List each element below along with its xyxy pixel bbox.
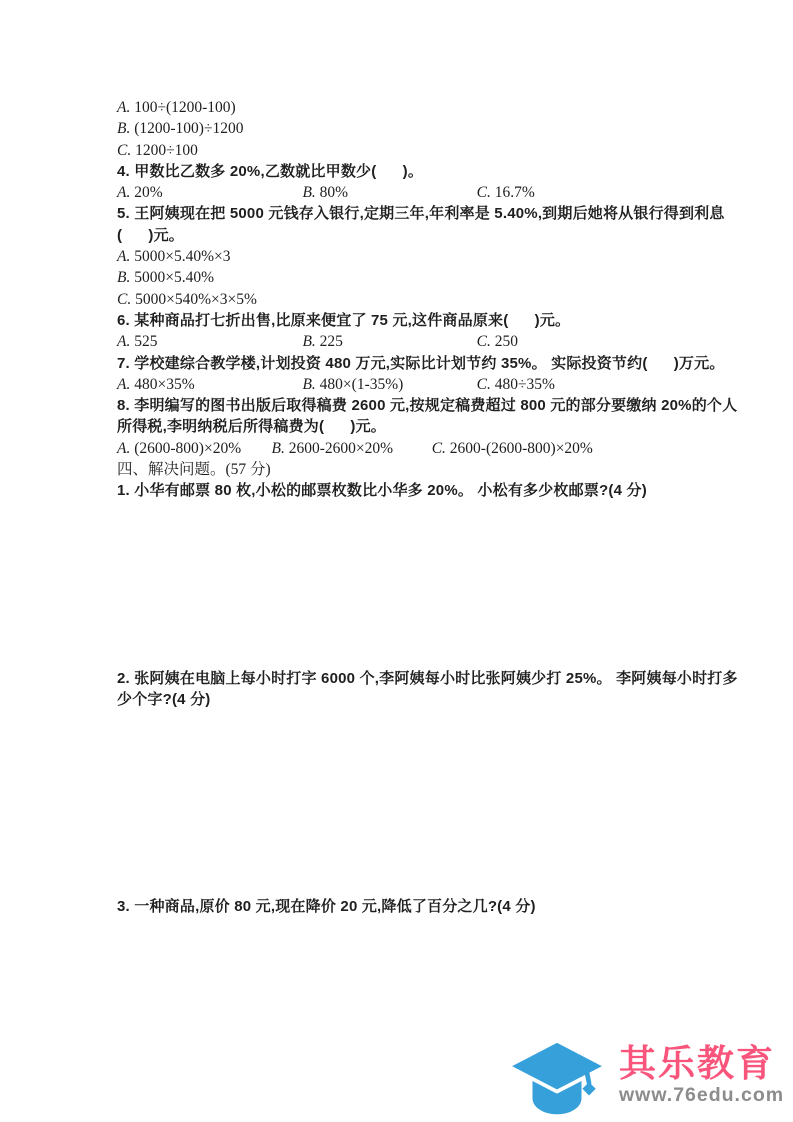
option-letter: A. [117,376,130,393]
option-line: C. 1200÷100 [117,140,679,161]
option-letter: B. [117,269,130,286]
question-text: 4. 甲数比乙数多 20%,乙数就比甲数少( )。 [117,161,679,182]
watermark-url: www.76edu.com [619,1084,784,1107]
option-letter: C. [477,333,491,350]
option-letter: C. [477,184,491,201]
answer-option: C. 250 [477,331,679,352]
option-letter: C. [432,440,446,457]
answer-option: B. 2600-2600×20% [272,438,432,459]
worksheet-page: A. 100÷(1200-100)B. (1200-100)÷1200C. 12… [0,0,793,1122]
answer-option: B. 80% [302,182,476,203]
options-row: A. 20%B. 80%C. 16.7% [117,182,679,203]
option-letter: A. [117,184,130,201]
question-text: 5. 王阿姨现在把 5000 元钱存入银行,定期三年,年利率是 5.40%,到期… [117,203,679,224]
watermark-brand-name: 其乐教育 [619,1044,775,1084]
answer-option: B. 480×(1-35%) [302,374,476,395]
option-line: A. 100÷(1200-100) [117,97,679,118]
option-text: (2600-800)×20% [130,440,241,457]
answer-option: A. 100÷(1200-100) [117,97,236,118]
watermark-text: 其乐教育 www.76edu.com [619,1036,784,1107]
option-text: 20% [130,184,162,201]
question-text: 6. 某种商品打七折出售,比原来便宜了 75 元,这件商品原来( )元。 [117,310,679,331]
option-text: 5000×5.40% [130,269,214,286]
option-letter: C. [117,142,131,159]
answer-option: C. 5000×540%×3×5% [117,289,257,310]
option-letter: B. [302,376,315,393]
answer-option: A. 480×35% [117,374,302,395]
option-text: 100÷(1200-100) [130,99,235,116]
option-letter: A. [117,99,130,116]
answer-option: B. (1200-100)÷1200 [117,118,243,139]
option-letter: C. [117,291,131,308]
answer-option: B. 5000×5.40% [117,267,214,288]
question-text: 所得税,李明纳税后所得稿费为( )元。 [117,416,679,437]
option-letter: B. [117,120,130,137]
option-letter: B. [272,440,285,457]
answer-work-space [117,502,679,668]
answer-work-space [117,710,679,896]
answer-option: A. 5000×5.40%×3 [117,246,231,267]
worksheet-content: A. 100÷(1200-100)B. (1200-100)÷1200C. 12… [117,97,679,918]
option-letter: A. [117,333,130,350]
option-text: 5000×5.40%×3 [130,248,230,265]
options-row: A. 525B. 225C. 250 [117,331,679,352]
answer-option: C. 2600-(2600-800)×20% [432,438,679,459]
answer-option: B. 225 [302,331,476,352]
question-text: ( )元。 [117,225,679,246]
option-letter: B. [302,333,315,350]
option-text: 80% [316,184,348,201]
option-letter: A. [117,440,130,457]
options-row: A. (2600-800)×20%B. 2600-2600×20%C. 2600… [117,438,679,459]
option-text: 2600-(2600-800)×20% [446,440,593,457]
option-text: 250 [491,333,518,350]
answer-option: A. 525 [117,331,302,352]
option-text: 480÷35% [491,376,555,393]
option-text: 16.7% [491,184,535,201]
answer-option: A. 20% [117,182,302,203]
option-text: 1200÷100 [131,142,198,159]
option-text: 525 [130,333,157,350]
question-text: 少个字?(4 分) [117,689,679,710]
option-text: 2600-2600×20% [285,440,393,457]
answer-option: C. 1200÷100 [117,140,198,161]
option-text: 480×(1-35%) [316,376,404,393]
question-text: 3. 一种商品,原价 80 元,现在降价 20 元,降低了百分之几?(4 分) [117,896,679,917]
option-letter: C. [477,376,491,393]
question-text: 8. 李明编写的图书出版后取得稿费 2600 元,按规定稿费超过 800 元的部… [117,395,679,416]
answer-option: C. 16.7% [477,182,679,203]
option-text: (1200-100)÷1200 [130,120,243,137]
graduation-cap-icon [505,1036,609,1118]
question-text: 7. 学校建综合教学楼,计划投资 480 万元,实际比计划节约 35%。 实际投… [117,353,679,374]
options-row: A. 480×35%B. 480×(1-35%)C. 480÷35% [117,374,679,395]
option-line: B. 5000×5.40% [117,267,679,288]
option-letter: B. [302,184,315,201]
section-heading: 四、解决问题。(57 分) [117,459,679,480]
option-line: A. 5000×5.40%×3 [117,246,679,267]
answer-option: A. (2600-800)×20% [117,438,272,459]
option-text: 225 [316,333,343,350]
question-text: 2. 张阿姨在电脑上每小时打字 6000 个,李阿姨每小时比张阿姨少打 25%。… [117,668,679,689]
option-line: B. (1200-100)÷1200 [117,118,679,139]
site-watermark: 其乐教育 www.76edu.com [505,1036,784,1118]
option-line: C. 5000×540%×3×5% [117,289,679,310]
question-text: 1. 小华有邮票 80 枚,小松的邮票枚数比小华多 20%。 小松有多少枚邮票?… [117,480,679,501]
option-text: 5000×540%×3×5% [131,291,257,308]
option-text: 480×35% [130,376,194,393]
option-letter: A. [117,248,130,265]
answer-option: C. 480÷35% [477,374,679,395]
